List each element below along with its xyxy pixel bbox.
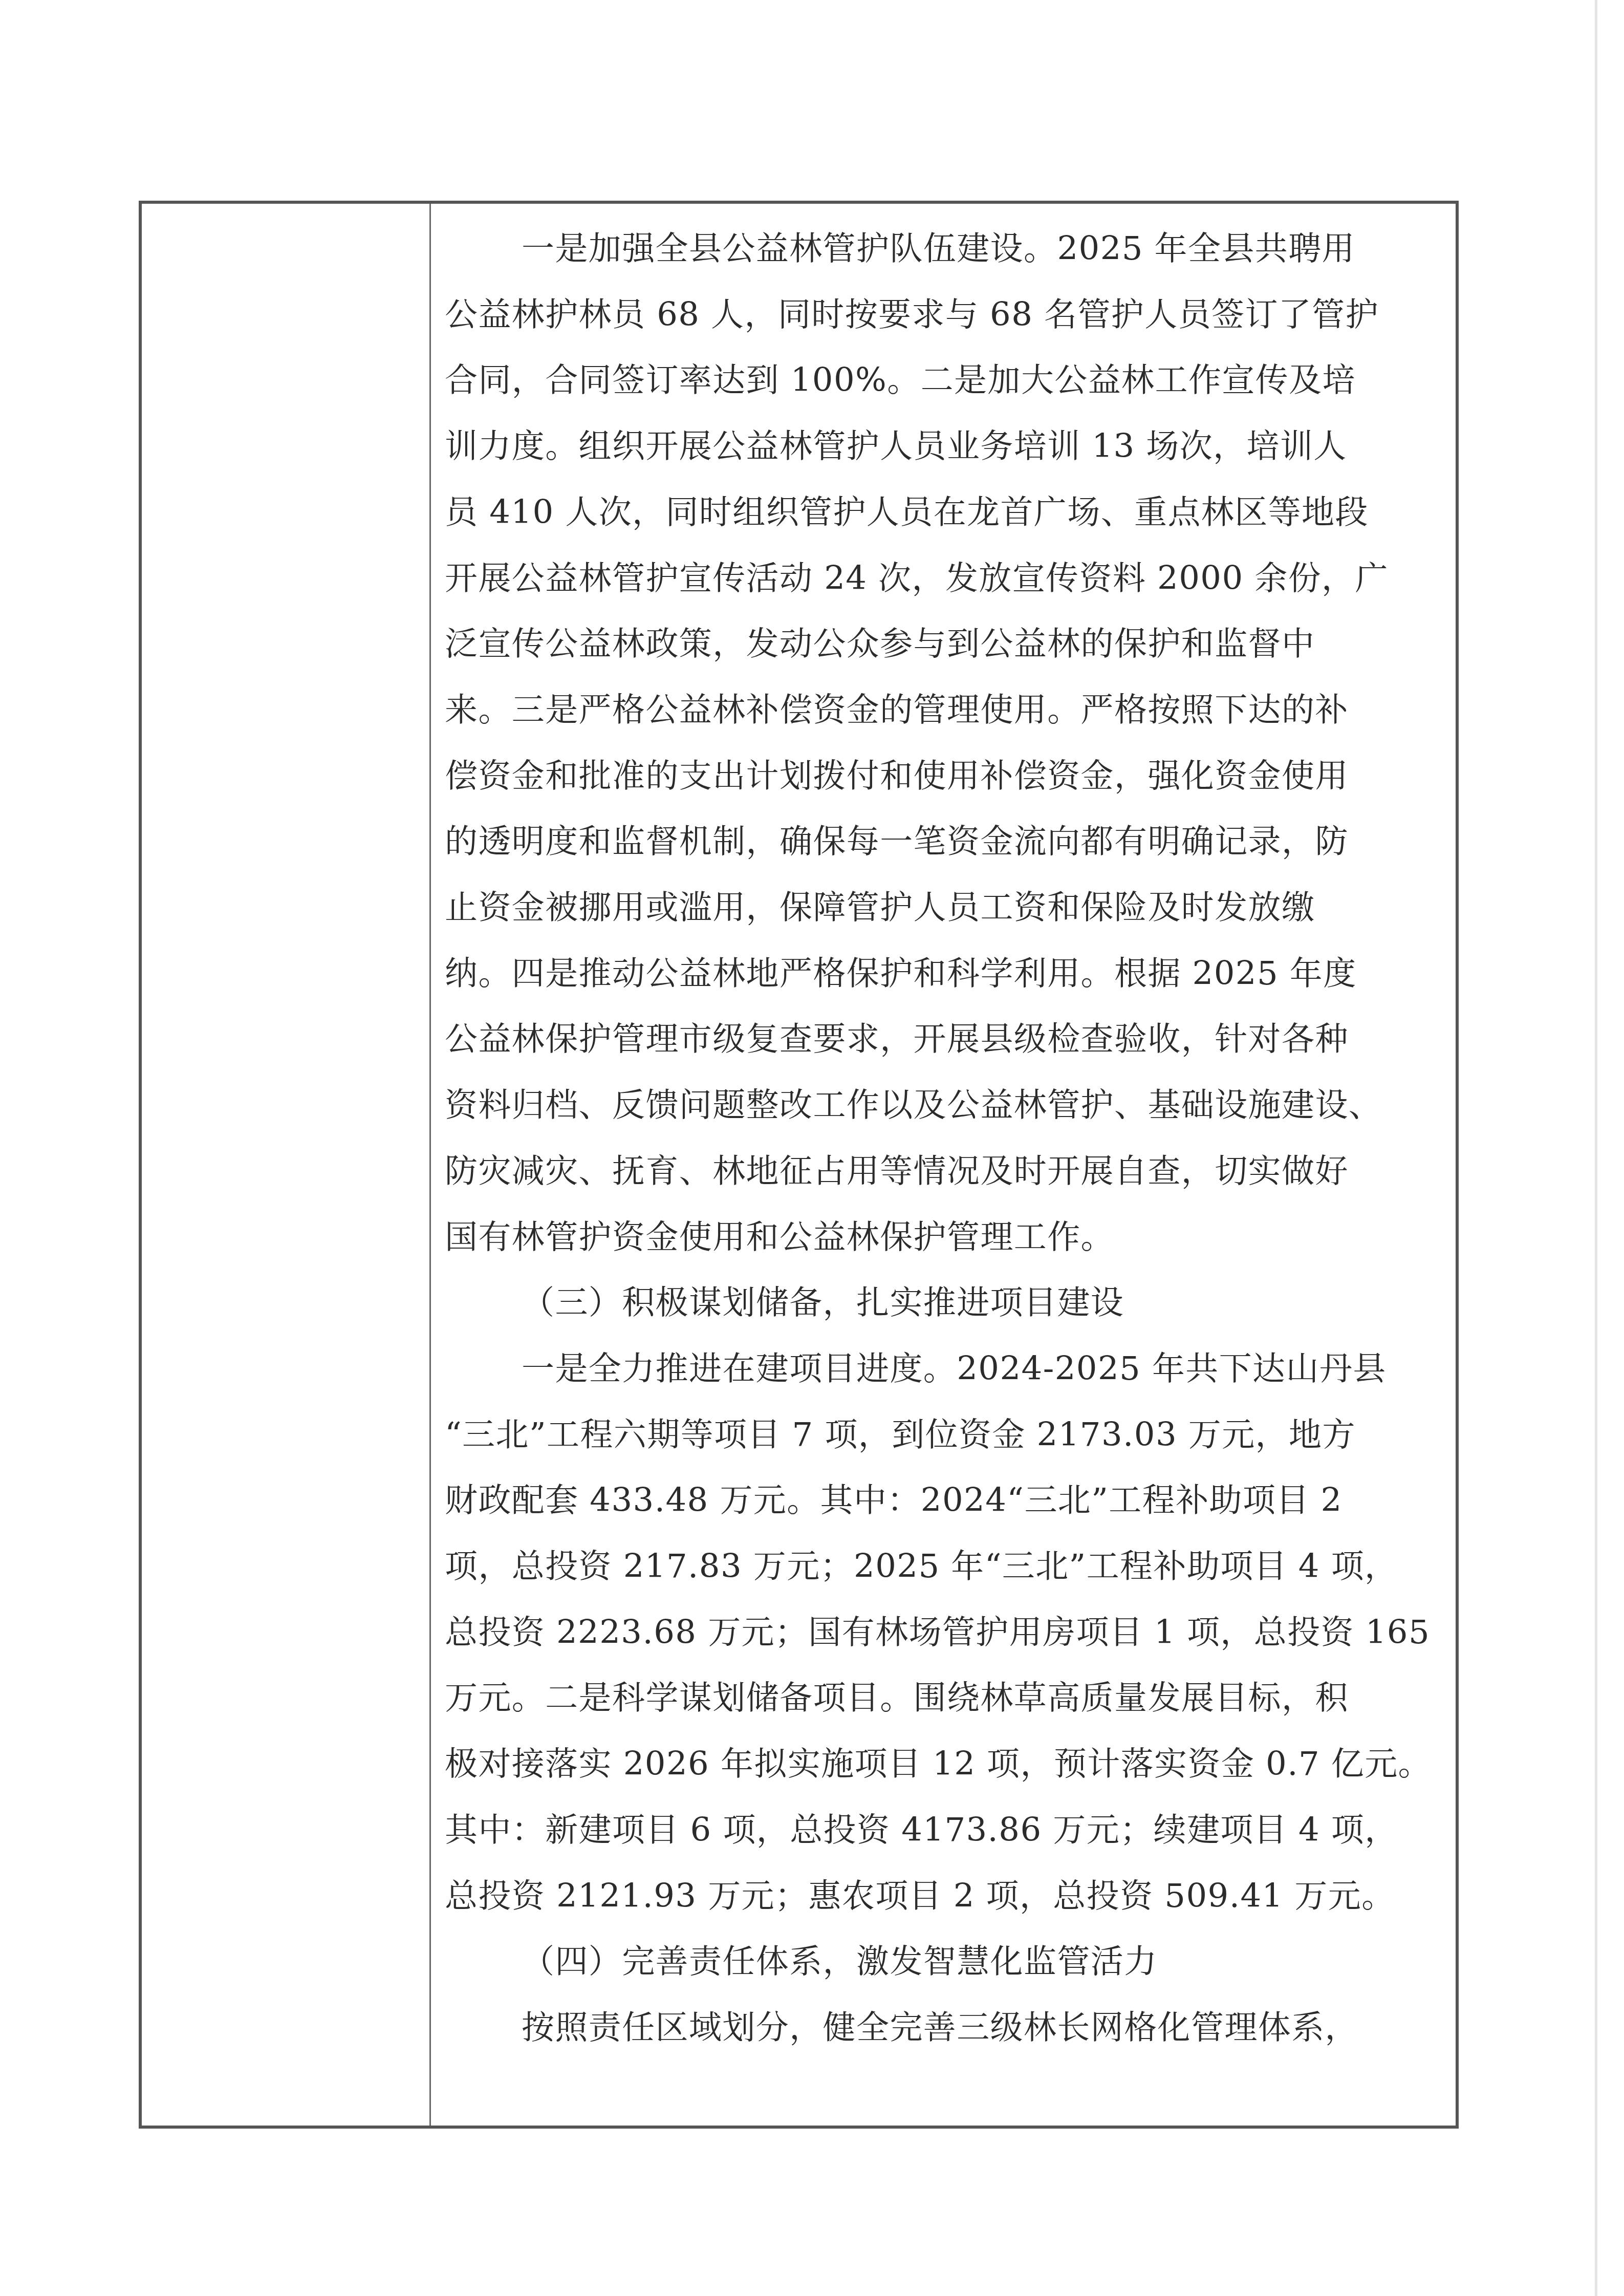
paragraph-line: 来。三是严格公益林补偿资金的管理使用。严格按照下达的补 <box>445 677 1349 743</box>
paragraph-line: 公益林保护管理市级复查要求，开展县级检查验收，针对各种 <box>445 1006 1349 1072</box>
paragraph-line: 项，总投资 217.83 万元；2025 年“三北”工程补助项目 4 项， <box>445 1534 1398 1600</box>
paragraph-line: 合同，合同签订率达到 100%。二是加大公益林工作宣传及培 <box>445 348 1356 414</box>
paragraph-line: 万元。二是科学谋划储备项目。围绕林草高质量发展目标，积 <box>445 1665 1349 1731</box>
column-divider <box>429 204 431 2126</box>
paragraph-line: 国有林管护资金使用和公益林保护管理工作。 <box>445 1205 1114 1271</box>
paragraph-line: 其中：新建项目 6 项，总投资 4173.86 万元；续建项目 4 项， <box>445 1797 1398 1863</box>
section-heading: （四）完善责任体系，激发智慧化监管活力 <box>522 1929 1158 1995</box>
paragraph-line: 训力度。组织开展公益林管护人员业务培训 13 场次，培训人 <box>445 414 1347 480</box>
paragraph-line: 的透明度和监督机制，确保每一笔资金流向都有明确记录，防 <box>445 809 1349 875</box>
paragraph-line: 泛宣传公益林政策，发动公众参与到公益林的保护和监督中 <box>445 611 1315 677</box>
table-content-cell: 一是加强全县公益林管护队伍建设。2025 年全县共聘用 公益林护林员 68 人，… <box>445 204 1456 2126</box>
paragraph-line: 开展公益林管护宣传活动 24 次，发放宣传资料 2000 余份，广 <box>445 546 1389 612</box>
paragraph-line: 偿资金和批准的支出计划拨付和使用补偿资金，强化资金使用 <box>445 743 1349 809</box>
paragraph-line: 防灾减灾、抚育、林地征占用等情况及时开展自查，切实做好 <box>445 1139 1349 1205</box>
scanner-edge-line <box>1595 0 1597 2296</box>
paragraph-line: 总投资 2223.68 万元；国有林场管护用房项目 1 项，总投资 165 <box>445 1600 1430 1666</box>
paragraph-line: “三北”工程六期等项目 7 项，到位资金 2173.03 万元，地方 <box>445 1402 1356 1468</box>
document-table: 一是加强全县公益林管护队伍建设。2025 年全县共聘用 公益林护林员 68 人，… <box>139 201 1459 2129</box>
paragraph-line: 公益林护林员 68 人，同时按要求与 68 名管护人员签订了管护 <box>445 282 1379 348</box>
paragraph-line: 总投资 2121.93 万元；惠农项目 2 项，总投资 509.41 万元。 <box>445 1863 1395 1929</box>
paragraph-line: 极对接落实 2026 年拟实施项目 12 项，预计落实资金 0.7 亿元。 <box>445 1731 1432 1797</box>
paragraph-line: 止资金被挪用或滥用，保障管护人员工资和保险及时发放缴 <box>445 875 1315 941</box>
paragraph-line: 按照责任区域划分，健全完善三级林长网格化管理体系， <box>522 1995 1358 2061</box>
table-label-cell <box>142 204 429 2126</box>
paragraph-line: 纳。四是推动公益林地严格保护和科学利用。根据 2025 年度 <box>445 941 1357 1007</box>
section-heading: （三）积极谋划储备，扎实推进项目建设 <box>522 1270 1124 1336</box>
paragraph-line: 一是全力推进在建项目进度。2024-2025 年共下达山丹县 <box>522 1336 1387 1402</box>
paragraph-line: 资料归档、反馈问题整改工作以及公益林管护、基础设施建设、 <box>445 1072 1382 1139</box>
paragraph-line: 一是加强全县公益林管护队伍建设。2025 年全县共聘用 <box>522 216 1355 282</box>
paragraph-line: 员 410 人次，同时组织管护人员在龙首广场、重点林区等地段 <box>445 480 1369 546</box>
paragraph-line: 财政配套 433.48 万元。其中：2024“三北”工程补助项目 2 <box>445 1468 1342 1534</box>
